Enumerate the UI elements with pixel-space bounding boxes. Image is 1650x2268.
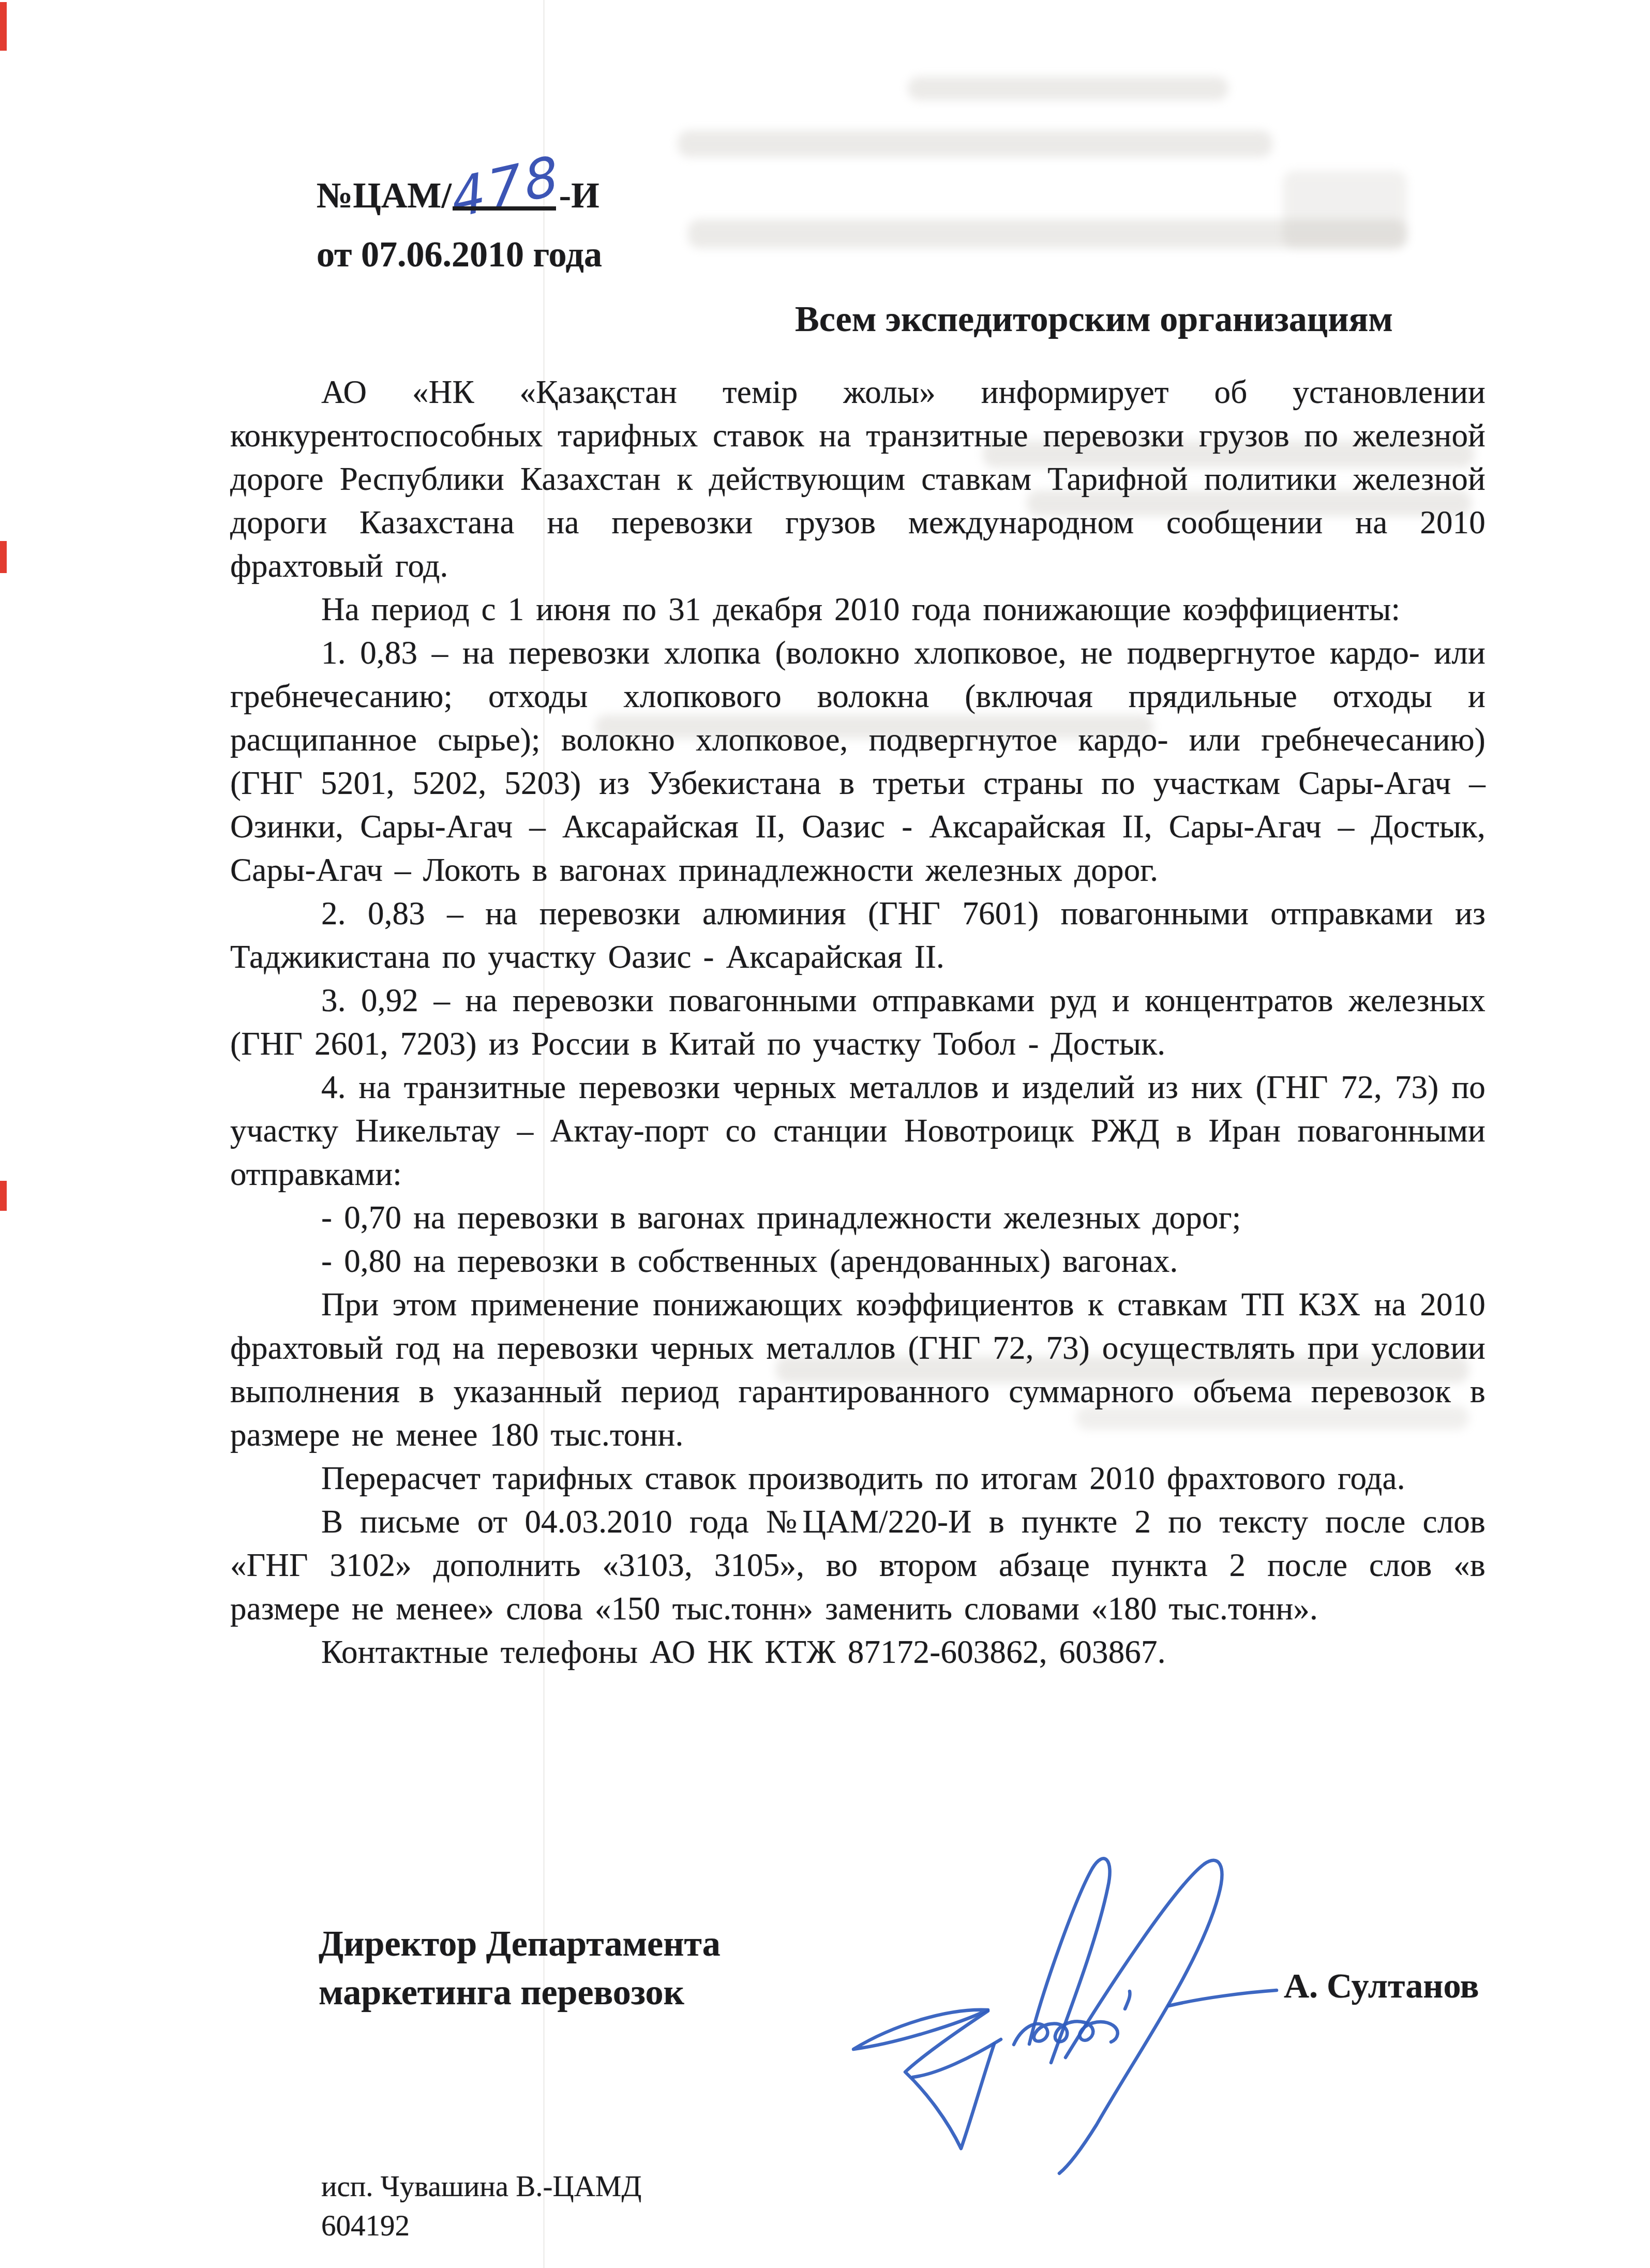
signoff-title: Директор Департамента маркетинга перевоз…: [319, 1920, 721, 2017]
letter-body: АО «НК «Қазақстан темір жолы» информируе…: [230, 370, 1486, 1674]
ref-underline: [453, 206, 556, 211]
addressee-line: Всем экспедиторским организациям: [795, 299, 1393, 340]
signature-stroke: [853, 2010, 988, 2049]
ref-suffix: -И: [559, 176, 599, 216]
signature-stroke: [1169, 1990, 1277, 2006]
body-paragraph-6: 4. на транзитные перевозки черных металл…: [230, 1065, 1486, 1196]
signoff-title-line2: маркетинга перевозок: [319, 1969, 721, 2017]
body-paragraph-9: При этом применение понижающих коэффицие…: [230, 1283, 1486, 1456]
signature-stroke: [905, 2011, 994, 2149]
date-line: от 07.06.2010 года: [317, 226, 602, 284]
body-paragraph-3: 1. 0,83 – на перевозки хлопка (волокно х…: [230, 631, 1486, 892]
bleed-through-smudge: [1283, 171, 1407, 248]
ref-prefix: №ЦАМ/: [317, 176, 452, 216]
executor-line: исп. Чувашина В.-ЦАМД: [321, 2167, 641, 2206]
body-paragraph-5: 3. 0,92 – на перевозки повагонными отпра…: [230, 979, 1486, 1065]
body-paragraph-7: - 0,70 на перевозки в вагонах принадлежн…: [230, 1196, 1486, 1239]
bleed-through-smudge: [678, 130, 1272, 157]
body-paragraph-12: Контактные телефоны АО НК КТЖ 87172-6038…: [230, 1630, 1486, 1674]
body-paragraph-1: АО «НК «Қазақстан темір жолы» информируе…: [230, 370, 1486, 588]
ref-number-blank: 478: [452, 175, 559, 212]
signature-stroke: [1059, 1860, 1222, 2173]
bleed-through-smudge: [908, 77, 1228, 100]
handwritten-ref-number: 478: [448, 147, 564, 226]
scan-edge-mark: [0, 2, 7, 51]
scan-edge-mark: [0, 1181, 7, 1211]
signoff-title-line1: Директор Департамента: [319, 1920, 721, 1969]
scanned-letter-page: №ЦАМ/478-И от 07.06.2010 года Всем экспе…: [0, 0, 1650, 2268]
executor-footer: исп. Чувашина В.-ЦАМД 604192: [321, 2167, 641, 2246]
body-paragraph-2: На период с 1 июня по 31 декабря 2010 го…: [230, 588, 1486, 631]
body-paragraph-10: Перерасчет тарифных ставок производить п…: [230, 1456, 1486, 1500]
signature-stroke: [1125, 1991, 1130, 2009]
reference-number-line: №ЦАМ/478-И: [317, 167, 602, 226]
body-paragraph-8: - 0,80 на перевозки в собственных (аренд…: [230, 1239, 1486, 1283]
signature-stroke: [1029, 1858, 1110, 2063]
body-paragraph-4: 2. 0,83 – на перевозки алюминия (ГНГ 760…: [230, 892, 1486, 979]
signature-stroke: [913, 2039, 1001, 2077]
handwritten-signature: [807, 1835, 1324, 2176]
executor-phone: 604192: [321, 2206, 641, 2246]
scan-edge-mark: [0, 541, 7, 573]
body-paragraph-11: В письме от 04.03.2010 года №ЦАМ/220-И в…: [230, 1500, 1486, 1630]
reference-block: №ЦАМ/478-И от 07.06.2010 года: [317, 167, 602, 284]
